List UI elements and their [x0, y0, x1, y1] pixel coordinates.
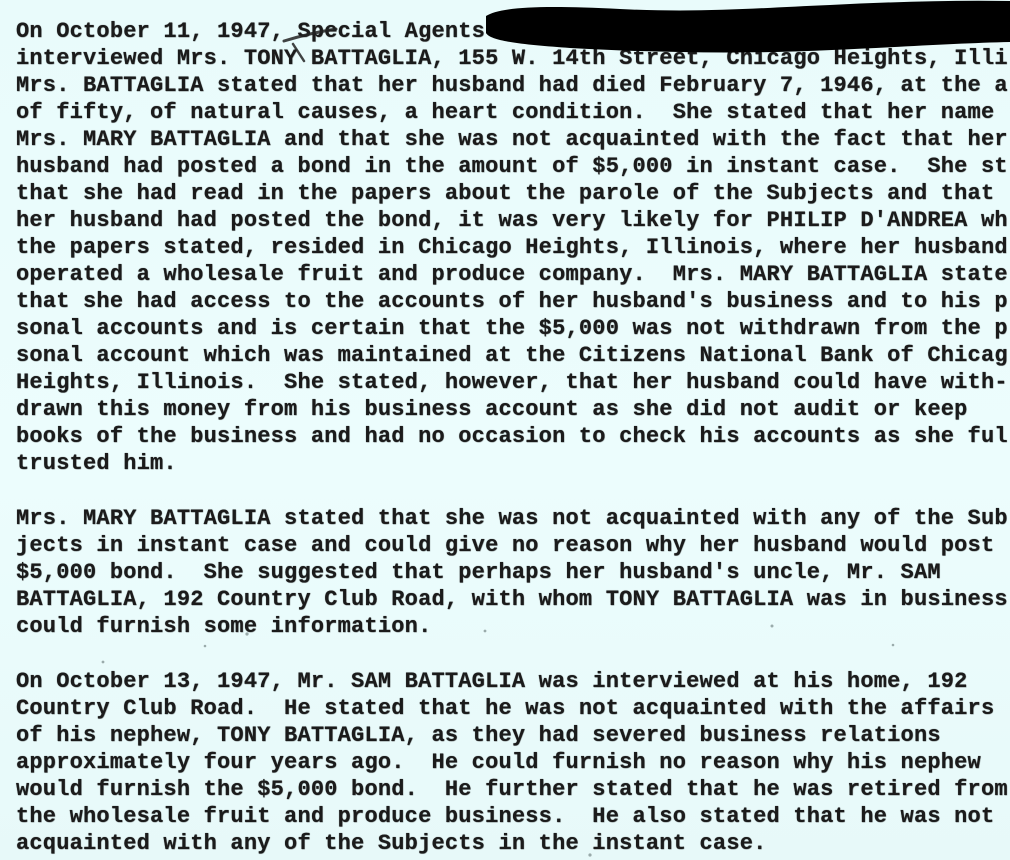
document-line: would furnish the $5,000 bond. He furthe…	[16, 776, 1010, 804]
document-line: Country Club Road. He stated that he was…	[16, 695, 1010, 723]
document-line: of fifty, of natural causes, a heart con…	[16, 99, 1010, 127]
document-line: of his nephew, TONY BATTAGLIA, as they h…	[16, 722, 1010, 750]
document-line: Heights, Illinois. She stated, however, …	[16, 369, 1010, 397]
document-line: her husband had posted the bond, it was …	[16, 207, 1010, 235]
document-page: On October 11, 1947, Special Agents inte…	[0, 0, 1010, 860]
document-line: drawn this money from his business accou…	[16, 396, 1010, 424]
document-line: Mrs. BATTAGLIA stated that her husband h…	[16, 72, 1010, 100]
document-line: that she had read in the papers about th…	[16, 180, 1010, 208]
document-line: operated a wholesale fruit and produce c…	[16, 261, 1010, 289]
document-line: books of the business and had no occasio…	[16, 423, 1010, 451]
document-line: On October 13, 1947, Mr. SAM BATTAGLIA w…	[16, 668, 1010, 696]
document-line: Mrs. MARY BATTAGLIA and that she was not…	[16, 126, 1010, 154]
document-line: husband had posted a bond in the amount …	[16, 153, 1010, 181]
document-line: approximately four years ago. He could f…	[16, 749, 1010, 777]
document-line: sonal account which was maintained at th…	[16, 342, 1010, 370]
document-line: could furnish some information.	[16, 613, 1010, 641]
document-line: the papers stated, resided in Chicago He…	[16, 234, 1010, 262]
document-line: the wholesale fruit and produce business…	[16, 803, 1010, 831]
document-line: Mrs. MARY BATTAGLIA stated that she was …	[16, 505, 1010, 533]
paragraph-3: On October 13, 1947, Mr. SAM BATTAGLIA w…	[16, 668, 1010, 857]
document-line: BATTAGLIA, 192 Country Club Road, with w…	[16, 586, 1010, 614]
document-line: that she had access to the accounts of h…	[16, 288, 1010, 316]
document-line: On October 11, 1947, Special Agents	[16, 18, 1010, 46]
document-line: trusted him.	[16, 450, 1010, 478]
paragraph-1: On October 11, 1947, Special Agents inte…	[16, 18, 1010, 477]
document-line: $5,000 bond. She suggested that perhaps …	[16, 559, 1010, 587]
document-line: acquainted with any of the Subjects in t…	[16, 830, 1010, 858]
document-line: interviewed Mrs. TONY BATTAGLIA, 155 W. …	[16, 45, 1010, 73]
document-line: sonal accounts and is certain that the $…	[16, 315, 1010, 343]
document-line: jects in instant case and could give no …	[16, 532, 1010, 560]
paragraph-2: Mrs. MARY BATTAGLIA stated that she was …	[16, 505, 1010, 640]
